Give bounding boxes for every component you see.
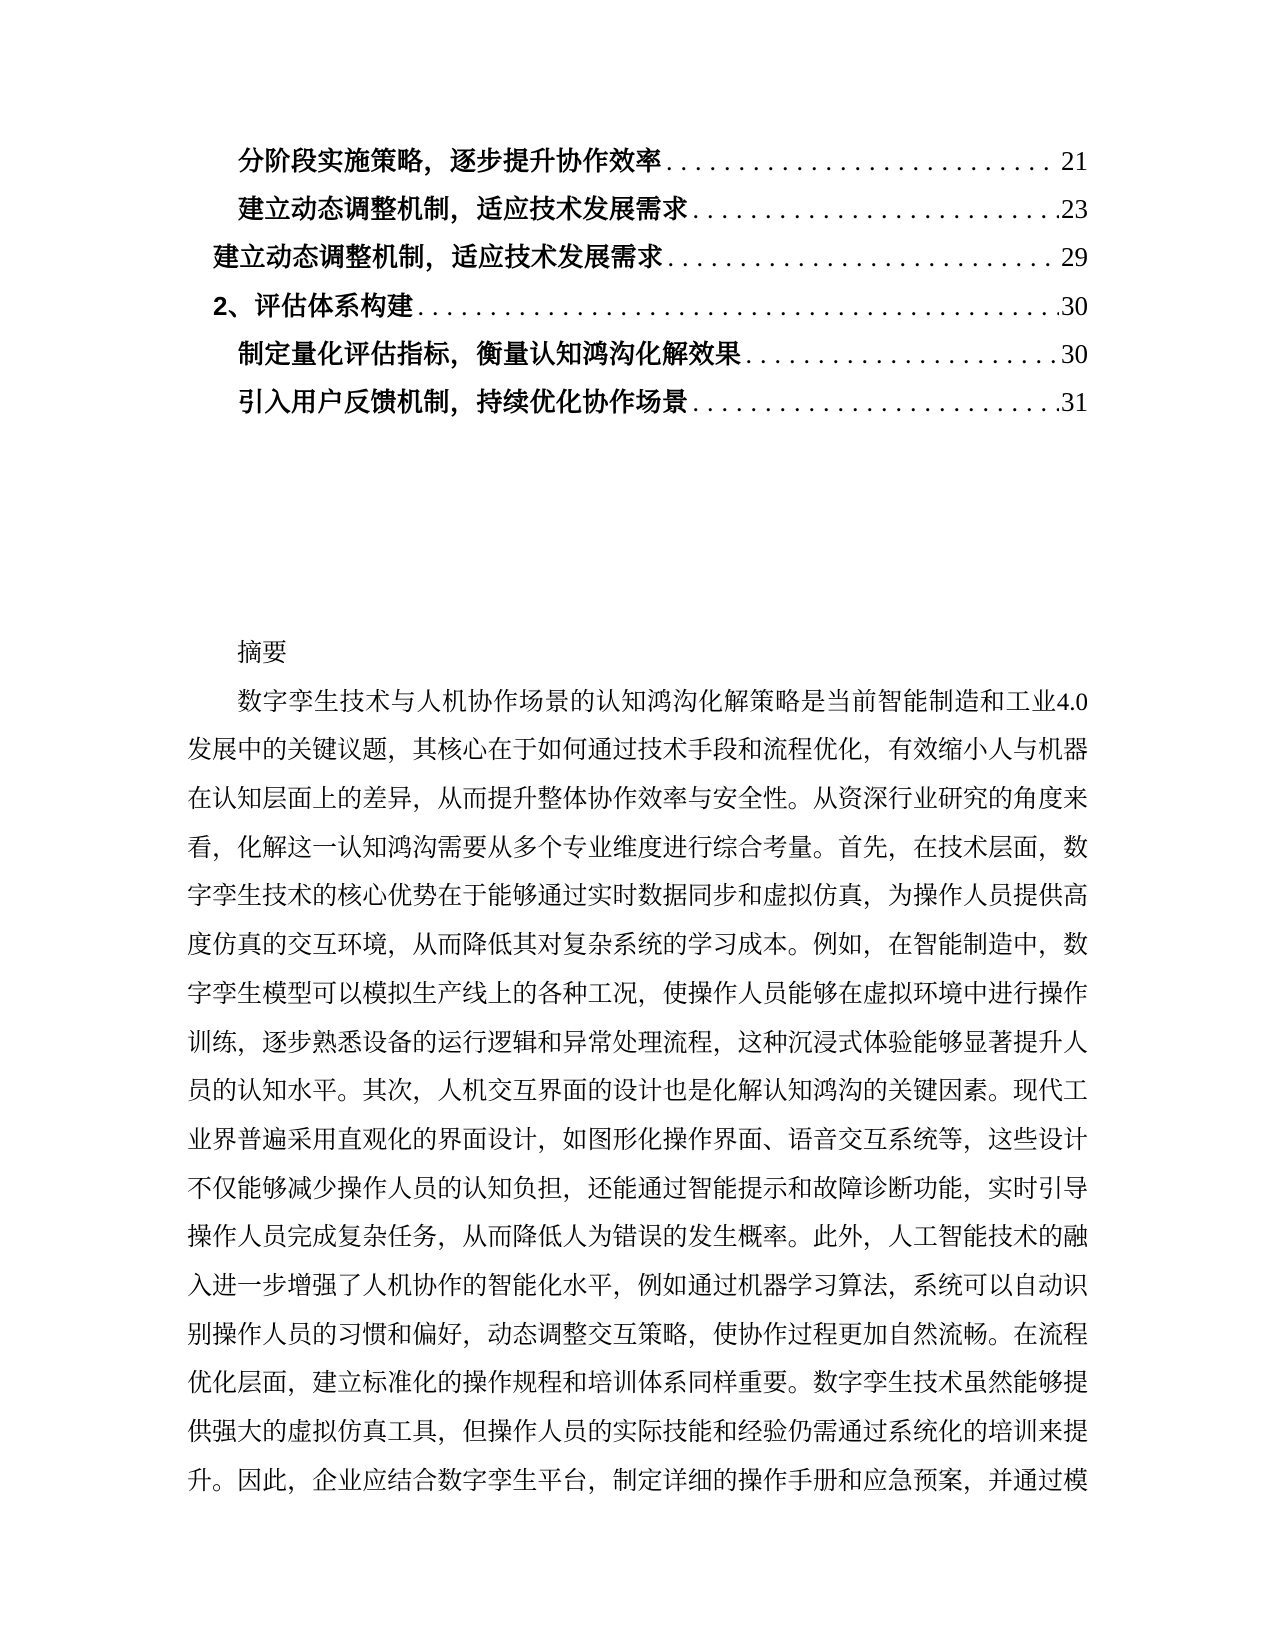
toc-leader-dots <box>693 186 1059 233</box>
toc-entry[interactable]: 建立动态调整机制，适应技术发展需求23 <box>187 185 1088 233</box>
toc-page-number: 30 <box>1059 330 1088 378</box>
toc-entry-label: 制定量化评估指标，衡量认知鸿沟化解效果 <box>238 330 742 378</box>
toc-leader-dots <box>417 283 1059 330</box>
abstract-text-line: 业界普遍采用直观化的界面设计，如图形化操作界面、语音交互系统等，这些设计 <box>187 1117 1088 1166</box>
toc-leader-dots <box>746 331 1059 378</box>
abstract-text-line: 看，化解这一认知鸿沟需要从多个专业维度进行综合考量。首先，在技术层面，数 <box>187 825 1088 874</box>
abstract-text-line: 别操作人员的习惯和偏好，动态调整交互策略，使协作过程更加自然流畅。在流程 <box>187 1312 1088 1361</box>
abstract-text-line: 不仅能够减少操作人员的认知负担，还能通过智能提示和故障诊断功能，实时引导 <box>187 1166 1088 1215</box>
toc-entry-label: 2、评估体系构建 <box>213 282 413 330</box>
abstract-text-line: 员的认知水平。其次，人机交互界面的设计也是化解认知鸿沟的关键因素。现代工 <box>187 1068 1088 1117</box>
toc-entry[interactable]: 制定量化评估指标，衡量认知鸿沟化解效果30 <box>187 330 1088 378</box>
toc-page-number: 30 <box>1059 282 1088 330</box>
abstract-text-line: 训练，逐步熟悉设备的运行逻辑和异常处理流程，这种沉浸式体验能够显著提升人 <box>187 1020 1088 1069</box>
toc-page-number: 21 <box>1059 137 1088 185</box>
toc-entry-label: 建立动态调整机制，适应技术发展需求 <box>213 233 664 281</box>
abstract-text-line: 优化层面，建立标准化的操作规程和培训体系同样重要。数字孪生技术虽然能够提 <box>187 1360 1088 1409</box>
abstract-text-line: 供强大的虚拟仿真工具，但操作人员的实际技能和经验仍需通过系统化的培训来提 <box>187 1409 1088 1458</box>
abstract-text-line: 度仿真的交互环境，从而降低其对复杂系统的学习成本。例如，在智能制造中，数 <box>187 922 1088 971</box>
abstract-heading-line: 摘要 <box>187 630 1088 679</box>
toc-leader-dots <box>693 379 1059 426</box>
abstract-section: 摘要 数字孪生技术与人机协作场景的认知鸿沟化解策略是当前智能制造和工业4.0发展… <box>187 630 1088 1506</box>
toc-entry[interactable]: 引入用户反馈机制，持续优化协作场景31 <box>187 378 1088 426</box>
abstract-text-line: 操作人员完成复杂任务，从而降低人为错误的发生概率。此外，人工智能技术的融 <box>187 1214 1088 1263</box>
toc-leader-dots <box>666 138 1059 185</box>
table-of-contents: 分阶段实施策略，逐步提升协作效率21建立动态调整机制，适应技术发展需求23建立动… <box>187 137 1088 426</box>
toc-entry[interactable]: 建立动态调整机制，适应技术发展需求29 <box>187 233 1088 281</box>
abstract-text-line: 入进一步增强了人机协作的智能化水平，例如通过机器学习算法，系统可以自动识 <box>187 1263 1088 1312</box>
toc-page-number: 29 <box>1059 233 1088 281</box>
toc-entry-label: 分阶段实施策略，逐步提升协作效率 <box>238 137 662 185</box>
abstract-body: 数字孪生技术与人机协作场景的认知鸿沟化解策略是当前智能制造和工业4.0发展中的关… <box>187 679 1088 1507</box>
abstract-text-line: 发展中的关键议题，其核心在于如何通过技术手段和流程优化，有效缩小人与机器 <box>187 727 1088 776</box>
toc-entry-label: 引入用户反馈机制，持续优化协作场景 <box>238 378 689 426</box>
toc-entry[interactable]: 分阶段实施策略，逐步提升协作效率21 <box>187 137 1088 185</box>
toc-entry[interactable]: 2、评估体系构建30 <box>187 282 1088 330</box>
abstract-text-line: 字孪生技术的核心优势在于能够通过实时数据同步和虚拟仿真，为操作人员提供高 <box>187 873 1088 922</box>
abstract-text-line: 在认知层面上的差异，从而提升整体协作效率与安全性。从资深行业研究的角度来 <box>187 776 1088 825</box>
document-page: 分阶段实施策略，逐步提升协作效率21建立动态调整机制，适应技术发展需求23建立动… <box>0 0 1275 1650</box>
abstract-text-line: 升。因此，企业应结合数字孪生平台，制定详细的操作手册和应急预案，并通过模 <box>187 1458 1088 1507</box>
abstract-heading: 摘要 <box>237 640 287 667</box>
toc-page-number: 31 <box>1059 378 1088 426</box>
toc-page-number: 23 <box>1059 185 1088 233</box>
toc-entry-label: 建立动态调整机制，适应技术发展需求 <box>238 185 689 233</box>
abstract-text-line: 数字孪生技术与人机协作场景的认知鸿沟化解策略是当前智能制造和工业4.0 <box>187 679 1088 728</box>
toc-leader-dots <box>668 234 1059 281</box>
abstract-text-line: 字孪生模型可以模拟生产线上的各种工况，使操作人员能够在虚拟环境中进行操作 <box>187 971 1088 1020</box>
